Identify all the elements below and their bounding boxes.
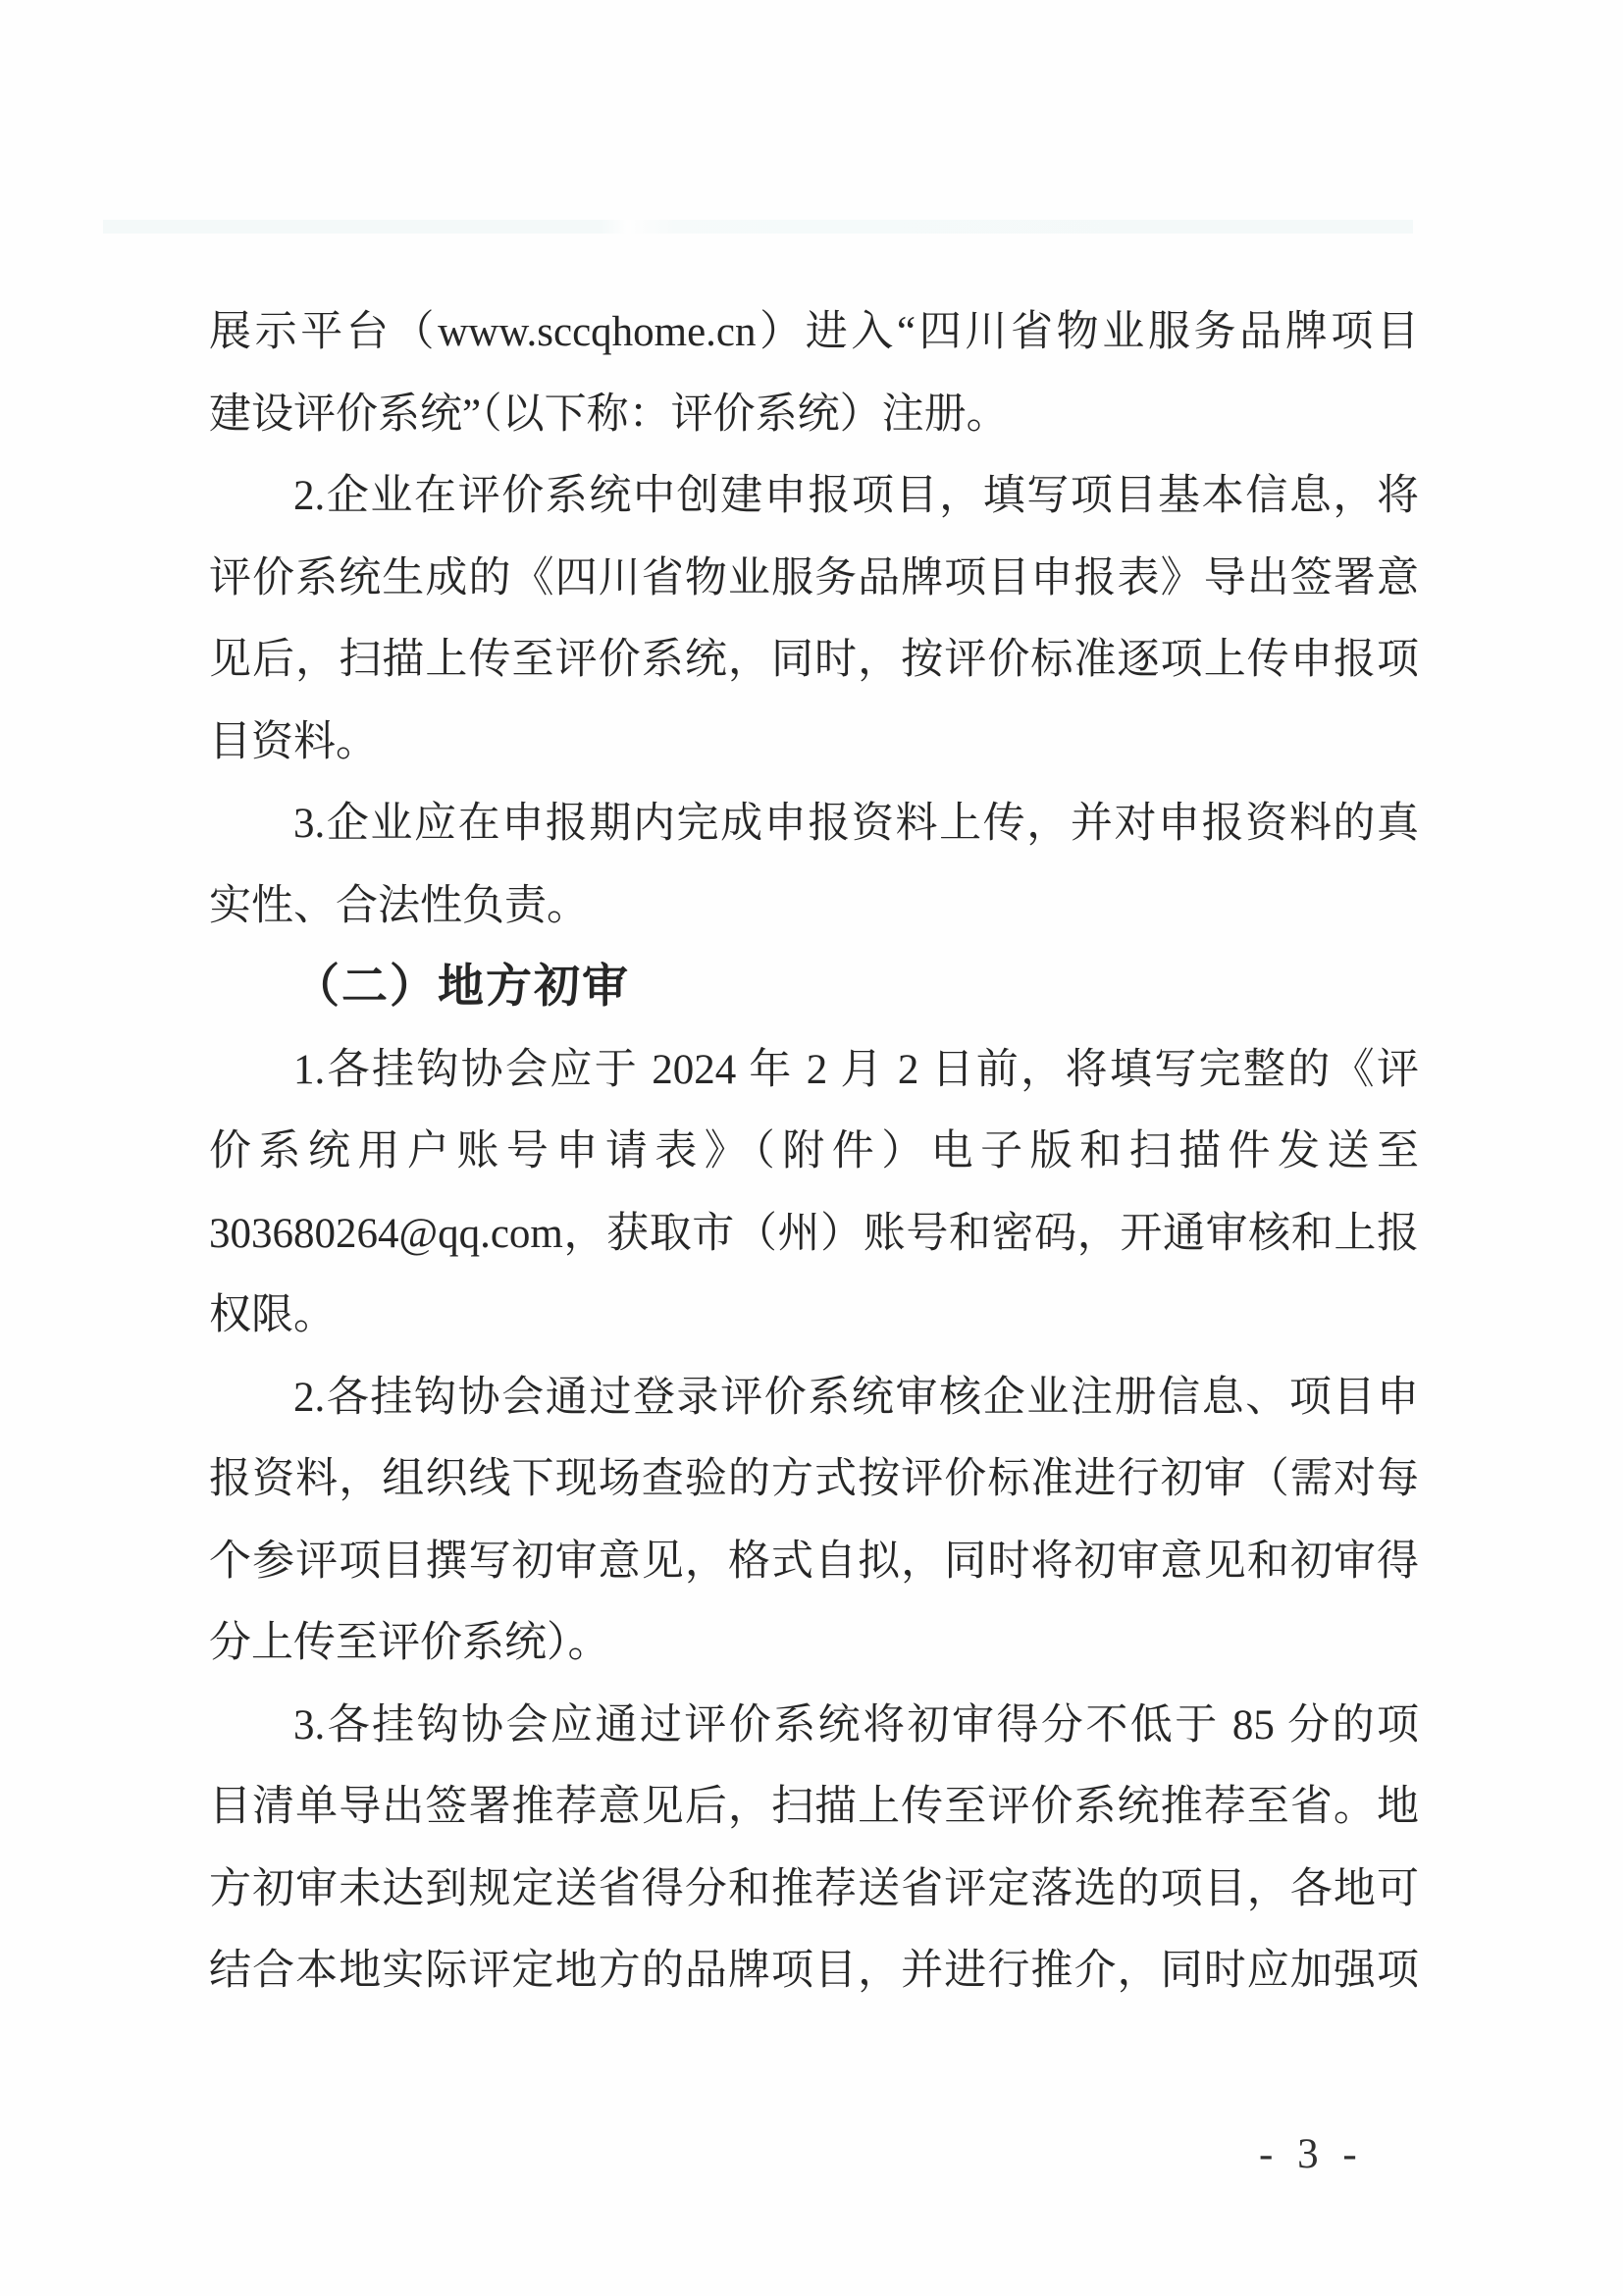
text-line: 3.企业应在申报期内完成申报资料上传，并对申报资料的真 bbox=[209, 783, 1419, 865]
text-line: 评价系统生成的《四川省物业服务品牌项目申报表》导出签署意 bbox=[209, 538, 1419, 620]
text-line: 结合本地实际评定地方的品牌项目，并进行推介，同时应加强项 bbox=[209, 1930, 1419, 2012]
text-line: 1.各挂钩协会应于 2024 年 2 月 2 日前，将填写完整的《评 bbox=[209, 1029, 1419, 1112]
text-line: 报资料，组织线下现场查验的方式按评价标准进行初审（需对每 bbox=[209, 1438, 1419, 1521]
text-line: 价系统用户账号申请表》（附件）电子版和扫描件发送至 bbox=[209, 1111, 1419, 1193]
text-line: 3.各挂钩协会应通过评价系统将初审得分不低于 85 分的项 bbox=[209, 1685, 1419, 1767]
text-line: 见后，扫描上传至评价系统，同时，按评价标准逐项上传申报项 bbox=[209, 619, 1419, 702]
text-line: 建设评价系统”（以下称：评价系统）注册。 bbox=[209, 374, 1419, 456]
text-line: 目资料。 bbox=[209, 702, 1419, 784]
text-line: 实性、合法性负责。 bbox=[209, 865, 1419, 948]
text-line: 权限。 bbox=[209, 1275, 1419, 1357]
text-line: 2.企业在评价系统中创建申报项目，填写项目基本信息，将 bbox=[209, 455, 1419, 538]
document-page: 展示平台（www.sccqhome.cn）进入“四川省物业服务品牌项目建设评价系… bbox=[0, 0, 1623, 2296]
text-line: 展示平台（www.sccqhome.cn）进入“四川省物业服务品牌项目 bbox=[209, 291, 1419, 374]
text-line: 303680264@qq.com，获取市（州）账号和密码，开通审核和上报 bbox=[209, 1193, 1419, 1276]
section-heading: （二）地方初审 bbox=[209, 947, 1419, 1029]
text-line: 目清单导出签署推荐意见后，扫描上传至评价系统推荐至省。地 bbox=[209, 1766, 1419, 1849]
page-number: - 3 - bbox=[1259, 2125, 1364, 2184]
text-line: 2.各挂钩协会通过登录评价系统审核企业注册信息、项目申 bbox=[209, 1357, 1419, 1439]
scan-artifact-band bbox=[103, 220, 1413, 234]
text-line: 个参评项目撰写初审意见，格式自拟，同时将初审意见和初审得 bbox=[209, 1521, 1419, 1603]
text-line: 分上传至评价系统）。 bbox=[209, 1602, 1419, 1685]
document-body: 展示平台（www.sccqhome.cn）进入“四川省物业服务品牌项目建设评价系… bbox=[209, 291, 1419, 2012]
text-line: 方初审未达到规定送省得分和推荐送省评定落选的项目，各地可 bbox=[209, 1849, 1419, 1931]
